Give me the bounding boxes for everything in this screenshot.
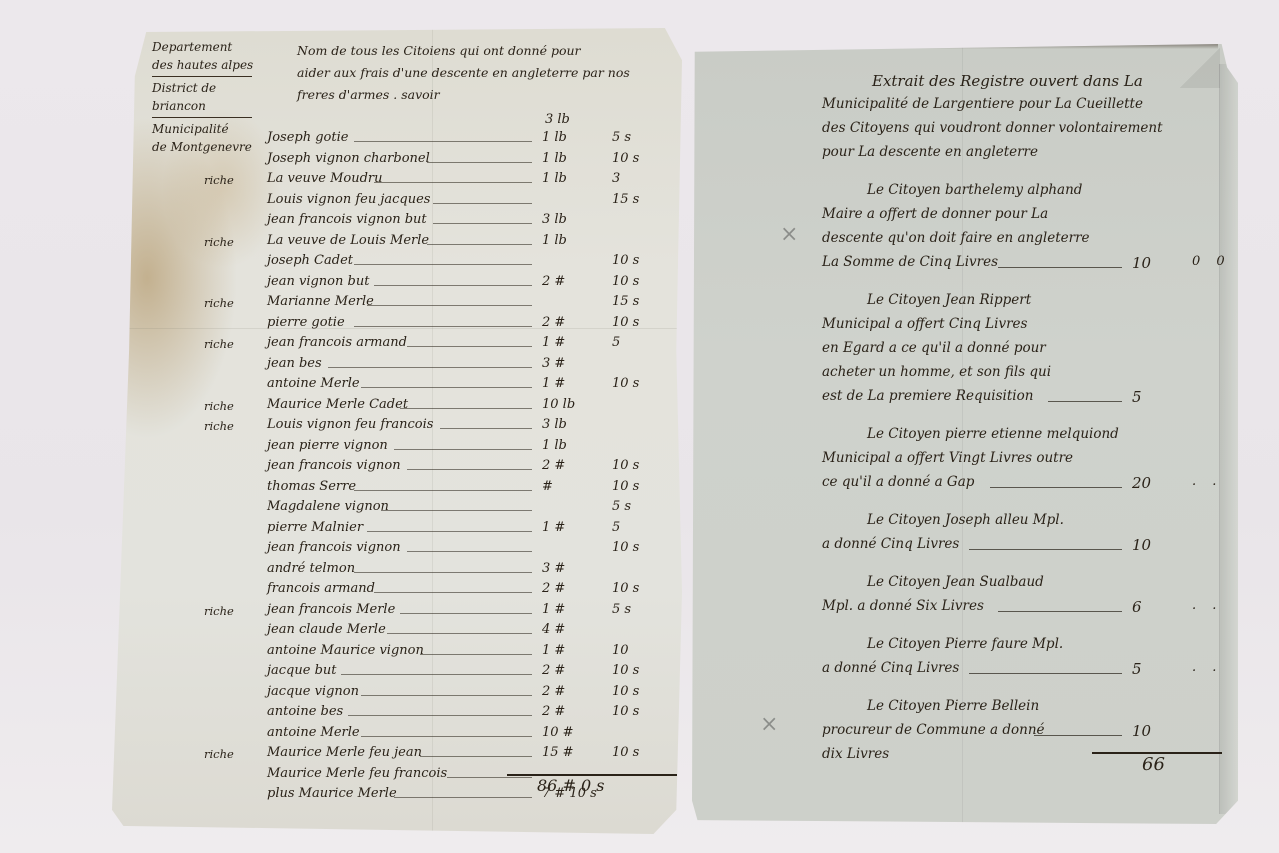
contributor-row: pierre Malnier1 #5 [112,520,682,541]
leader-line [354,264,532,265]
contributor-name: joseph Cadet [267,253,353,268]
amount-subunits: . . [1192,660,1222,675]
amount-livres: 2 # [542,684,582,699]
spacer [822,684,1222,698]
amount-livres: 2 # [542,274,582,289]
amount-livres: 3 lb [542,212,582,227]
donation-text-line: ce qu'il a donné a Gap20. . [822,474,1222,498]
amount-livres: 1 lb [542,438,582,453]
wealth-annotation: riche [204,399,234,413]
contributor-row: joseph Cadet10 s [112,253,682,274]
donation-entry: Le Citoyen Jean RippertMunicipal a offer… [822,292,1222,412]
contributor-row: Joseph gotie1 lb5 s [112,130,682,151]
citizen-name-line: Le Citoyen barthelemy alphand [822,182,1222,206]
right-page-total: 66 [1142,754,1165,775]
donation-text-line: Municipal a offert Cinq Livres [822,316,1222,340]
contributor-row: richejean francois armand1 #5 [112,335,682,356]
amount-livres: 2 # [542,458,582,473]
amount-livres: 1 # [542,520,582,535]
donation-text-line: est de La premiere Requisition5 [822,388,1222,412]
amount-livres: 1 lb [542,233,582,248]
donation-entry: Le Citoyen Joseph alleu Mpl.a donné Cinq… [822,512,1222,560]
contributor-row: antoine bes2 #10 s [112,704,682,725]
title-line: aider aux frais d'une descente en anglet… [297,62,667,84]
divider [152,76,252,77]
leader-line [433,203,532,204]
wealth-annotation: riche [204,296,234,310]
leader-line [354,141,532,142]
entry-text: Maire a offert de donner pour La [822,206,1048,222]
extract-title-line: Extrait des Registre ouvert dans La [822,72,1222,96]
leader-line [427,244,532,245]
contributor-name: pierre Malnier [267,520,363,535]
leader-line [361,387,532,388]
pencil-cross-mark: × [780,222,798,247]
leader-line [447,777,532,778]
amount-sous: 10 s [612,253,662,268]
contributor-name: jean claude Merle [267,622,386,637]
leader-line [427,162,532,163]
amount-livres: 4 # [542,622,582,637]
donation-entry: Le Citoyen Jean SualbaudMpl. a donné Six… [822,574,1222,622]
spacer [822,498,1222,512]
leader-line [1034,735,1122,736]
contributor-name: Louis vignon feu francois [267,417,433,432]
district-line: briancon [152,97,262,115]
contributor-name: jean francois vignon [267,458,401,473]
wealth-annotation: riche [204,604,234,618]
amount-livres: 15 # [542,745,582,760]
leader-line [407,346,532,347]
contributor-row: jacque but2 #10 s [112,663,682,684]
donation-text-line: descente qu'on doit faire en angleterre [822,230,1222,254]
amount-sous: 3 [612,171,662,186]
contributor-row: jean claude Merle4 # [112,622,682,643]
contributor-row: jean pierre vignon1 lb [112,438,682,459]
amount-sous: 10 s [612,704,662,719]
amount-livres: 2 # [542,315,582,330]
contributor-row: richejean francois Merle1 #5 s [112,602,682,623]
entry-text: Mpl. a donné Six Livres [822,598,984,614]
spacer [822,412,1222,426]
contributor-name: jean francois armand [267,335,407,350]
contributor-row: thomas Serre#10 s [112,479,682,500]
donation-amount: 5 [1132,660,1142,678]
contributor-name: antoine Maurice vignon [267,643,424,658]
extract-title-line: pour La descente en angleterre [822,144,1222,168]
amount-sous: 10 s [612,274,662,289]
amount-sous: 10 s [612,151,662,166]
entry-text: descente qu'on doit faire en angleterre [822,230,1090,246]
amount-livres: 10 lb [542,397,582,412]
entry-text: Le Citoyen Jean Sualbaud [867,574,1044,590]
entry-text: Le Citoyen pierre etienne melquiond [867,426,1119,442]
contributor-name: jean francois vignon [267,540,401,555]
amount-sous: 5 [612,335,662,350]
contributor-row: jacque vignon2 #10 s [112,684,682,705]
citizen-name-line: Le Citoyen pierre etienne melquiond [822,426,1222,450]
leader-line [420,654,532,655]
donation-entry: Le Citoyen pierre etienne melquiondMunic… [822,426,1222,498]
contributor-row: jean vignon but2 #10 s [112,274,682,295]
contributor-row: jean francois vignon but3 lb [112,212,682,233]
contributor-name: Maurice Merle Cadet [267,397,408,412]
amount-sous: 15 s [612,192,662,207]
citizen-name-line: Le Citoyen Jean Rippert [822,292,1222,316]
leader-line [420,756,532,757]
amount-livres: 1 # [542,602,582,617]
donation-text-line: Maire a offert de donner pour La [822,206,1222,230]
contributor-row: andré telmon3 # [112,561,682,582]
wealth-annotation: riche [204,419,234,433]
leader-line [998,611,1122,612]
department-line: des hautes alpes [152,56,262,74]
left-page-title: Nom de tous les Citoiens qui ont donné p… [297,40,667,106]
donation-text-line: Mpl. a donné Six Livres6. . [822,598,1222,622]
entry-text: est de La premiere Requisition [822,388,1033,404]
right-manuscript-page: Extrait des Registre ouvert dans LaMunic… [692,44,1238,824]
leader-line [394,449,532,450]
contributor-name: thomas Serre [267,479,356,494]
entry-text: ce qu'il a donné a Gap [822,474,974,490]
contributor-name: La veuve de Louis Merle [267,233,429,248]
entry-text: Le Citoyen Joseph alleu Mpl. [867,512,1064,528]
amount-sous: 5 s [612,130,662,145]
amount-sous: 10 s [612,663,662,678]
contributor-row: francois armand2 #10 s [112,581,682,602]
contributor-name: jean vignon but [267,274,369,289]
leader-line [374,592,532,593]
spacer [822,622,1222,636]
amount-sous: 10 s [612,540,662,555]
donation-amount: 5 [1132,388,1142,406]
left-page-total: 86 # 0 s [537,776,604,795]
citizen-name-line: Le Citoyen Pierre faure Mpl. [822,636,1222,660]
contributor-row: jean francois vignon2 #10 s [112,458,682,479]
extract-title-line: Municipalité de Largentiere pour La Cuei… [822,96,1222,120]
amount-livres: 3 lb [542,417,582,432]
contributor-row: jean francois vignon10 s [112,540,682,561]
left-manuscript-page: Departement des hautes alpes District de… [112,28,682,834]
amount-subunits: . . [1192,474,1222,489]
amount-sous: 5 s [612,499,662,514]
contributor-name: antoine bes [267,704,343,719]
wealth-annotation: riche [204,337,234,351]
leader-line [998,267,1122,268]
leader-line [367,305,532,306]
entry-text: dix Livres [822,746,889,762]
contributor-name: antoine Merle [267,725,360,740]
amount-livres: 1 # [542,643,582,658]
leader-line [381,510,532,511]
citizen-name-line: Le Citoyen Joseph alleu Mpl. [822,512,1222,536]
amount-sous: 10 [612,643,662,658]
header-amount: 3 lb [545,112,570,127]
contributor-row: antoine Merle10 # [112,725,682,746]
amount-livres: 3 # [542,561,582,576]
amount-livres: # [542,479,582,494]
citizen-name-line: Le Citoyen Jean Sualbaud [822,574,1222,598]
contributor-name: Joseph gotie [267,130,348,145]
amount-sous: 5 s [612,602,662,617]
amount-livres: 2 # [542,581,582,596]
entry-text: acheter un homme, et son fils qui [822,364,1051,380]
donation-text-line: procureur de Commune a donné10 [822,722,1222,746]
leader-line [361,695,532,696]
contributor-name: La veuve Moudru [267,171,383,186]
leader-line [990,487,1122,488]
leader-line [969,673,1122,674]
donation-amount: 20 [1132,474,1151,492]
contributor-name: Magdalene vignon [267,499,389,514]
leader-line [394,797,532,798]
leader-line [354,326,532,327]
entry-text: procureur de Commune a donné [822,722,1045,738]
contributor-row: Magdalene vignon5 s [112,499,682,520]
contributor-list: Joseph gotie1 lb5 sJoseph vignon charbon… [112,130,682,807]
contributor-row: richeLa veuve de Louis Merle1 lb [112,233,682,254]
donation-text-line: Municipal a offert Vingt Livres outre [822,450,1222,474]
amount-sous: 10 s [612,315,662,330]
entry-text: Le Citoyen barthelemy alphand [867,182,1082,198]
donation-amount: 6 [1132,598,1142,616]
contributor-name: jacque vignon [267,684,359,699]
amount-sous: 15 s [612,294,662,309]
district-line: District de [152,79,262,97]
amount-livres: 1 lb [542,151,582,166]
register-extract: Extrait des Registre ouvert dans LaMunic… [822,72,1222,770]
pencil-cross-mark: × [760,712,778,737]
amount-livres: 1 lb [542,130,582,145]
leader-line [361,736,532,737]
wealth-annotation: riche [204,173,234,187]
leader-line [374,285,532,286]
contributor-row: Louis vignon feu jacques15 s [112,192,682,213]
contributor-name: jean pierre vignon [267,438,388,453]
entry-text: a donné Cinq Livres [822,536,959,552]
leader-line [433,223,532,224]
title-line: freres d'armes . savoir [297,84,667,106]
contributor-name: antoine Merle [267,376,360,391]
leader-line [387,633,532,634]
contributor-row: richeLa veuve Moudru1 lb3 [112,171,682,192]
leader-line [1048,401,1122,402]
divider [152,117,252,118]
contributor-name: jacque but [267,663,337,678]
amount-sous: 5 [612,520,662,535]
entry-text: Le Citoyen Jean Rippert [867,292,1031,308]
leader-line [374,182,532,183]
amount-sous: 10 s [612,376,662,391]
contributor-row: pierre gotie2 #10 s [112,315,682,336]
amount-sous: 10 s [612,684,662,699]
entry-text: Municipal a offert Vingt Livres outre [822,450,1073,466]
entry-text: Le Citoyen Pierre Bellein [867,698,1039,714]
donation-entry: Le Citoyen Pierre faure Mpl.a donné Cinq… [822,636,1222,684]
contributor-row: richeMaurice Merle feu jean15 #10 s [112,745,682,766]
entry-text: a donné Cinq Livres [822,660,959,676]
amount-subunits: 0 0 [1192,254,1231,269]
extract-title-line: des Citoyens qui voudront donner volonta… [822,120,1222,144]
contributor-row: antoine Maurice vignon1 #10 [112,643,682,664]
entry-text: en Egard a ce qu'il a donné pour [822,340,1046,356]
donation-amount: 10 [1132,254,1151,272]
leader-line [354,490,532,491]
leader-line [354,572,532,573]
leader-line [367,531,532,532]
amount-livres: 2 # [542,663,582,678]
department-line: Departement [152,38,262,56]
leader-line [348,715,532,716]
leader-line [400,613,532,614]
leader-line [440,428,532,429]
amount-livres: 2 # [542,704,582,719]
citizen-name-line: Le Citoyen Pierre Bellein [822,698,1222,722]
leader-line [969,549,1122,550]
contributor-name: Joseph vignon charbonel [267,151,430,166]
donation-text-line: a donné Cinq Livres10 [822,536,1222,560]
leader-line [407,551,532,552]
donation-text-line: acheter un homme, et son fils qui [822,364,1222,388]
contributor-row: jean bes3 # [112,356,682,377]
wealth-annotation: riche [204,235,234,249]
amount-livres: 1 lb [542,171,582,186]
leader-line [400,408,532,409]
spacer [822,168,1222,182]
wealth-annotation: riche [204,747,234,761]
amount-sous: 10 s [612,458,662,473]
contributor-name: andré telmon [267,561,355,576]
donation-entry: Le Citoyen barthelemy alphandMaire a off… [822,182,1222,278]
amount-sous: 10 s [612,581,662,596]
amount-sous: 10 s [612,479,662,494]
contributor-name: jean francois Merle [267,602,395,617]
title-line: Nom de tous les Citoiens qui ont donné p… [297,40,667,62]
contributor-name: pierre gotie [267,315,345,330]
donation-text-line: en Egard a ce qu'il a donné pour [822,340,1222,364]
contributor-name: jean francois vignon but [267,212,427,227]
contributor-name: plus Maurice Merle [267,786,397,801]
contributor-row: richeMaurice Merle Cadet10 lb [112,397,682,418]
entry-text: Le Citoyen Pierre faure Mpl. [867,636,1063,652]
leader-line [328,367,532,368]
spacer [822,560,1222,574]
amount-subunits: . . [1192,598,1222,613]
amount-livres: 1 # [542,376,582,391]
contributor-name: Louis vignon feu jacques [267,192,430,207]
contributor-row: antoine Merle1 #10 s [112,376,682,397]
spacer [822,278,1222,292]
amount-livres: 10 # [542,725,582,740]
amount-sous: 10 s [612,745,662,760]
leader-line [341,674,532,675]
contributor-name: jean bes [267,356,322,371]
page-edge [692,44,1218,49]
contributor-row: Joseph vignon charbonel1 lb10 s [112,151,682,172]
contributor-row: richeLouis vignon feu francois3 lb [112,417,682,438]
amount-livres: 3 # [542,356,582,371]
contributor-name: Maurice Merle feu francois [267,766,447,781]
contributor-name: francois armand [267,581,375,596]
entry-text: Municipal a offert Cinq Livres [822,316,1027,332]
donation-amount: 10 [1132,536,1151,554]
leader-line [407,469,532,470]
donation-text-line: La Somme de Cinq Livres100 0 [822,254,1222,278]
entry-text: La Somme de Cinq Livres [822,254,998,270]
contributor-row: richeMarianne Merle15 s [112,294,682,315]
donation-text-line: a donné Cinq Livres5. . [822,660,1222,684]
amount-livres: 1 # [542,335,582,350]
donation-amount: 10 [1132,722,1151,740]
contributor-name: Maurice Merle feu jean [267,745,422,760]
contributor-name: Marianne Merle [267,294,374,309]
